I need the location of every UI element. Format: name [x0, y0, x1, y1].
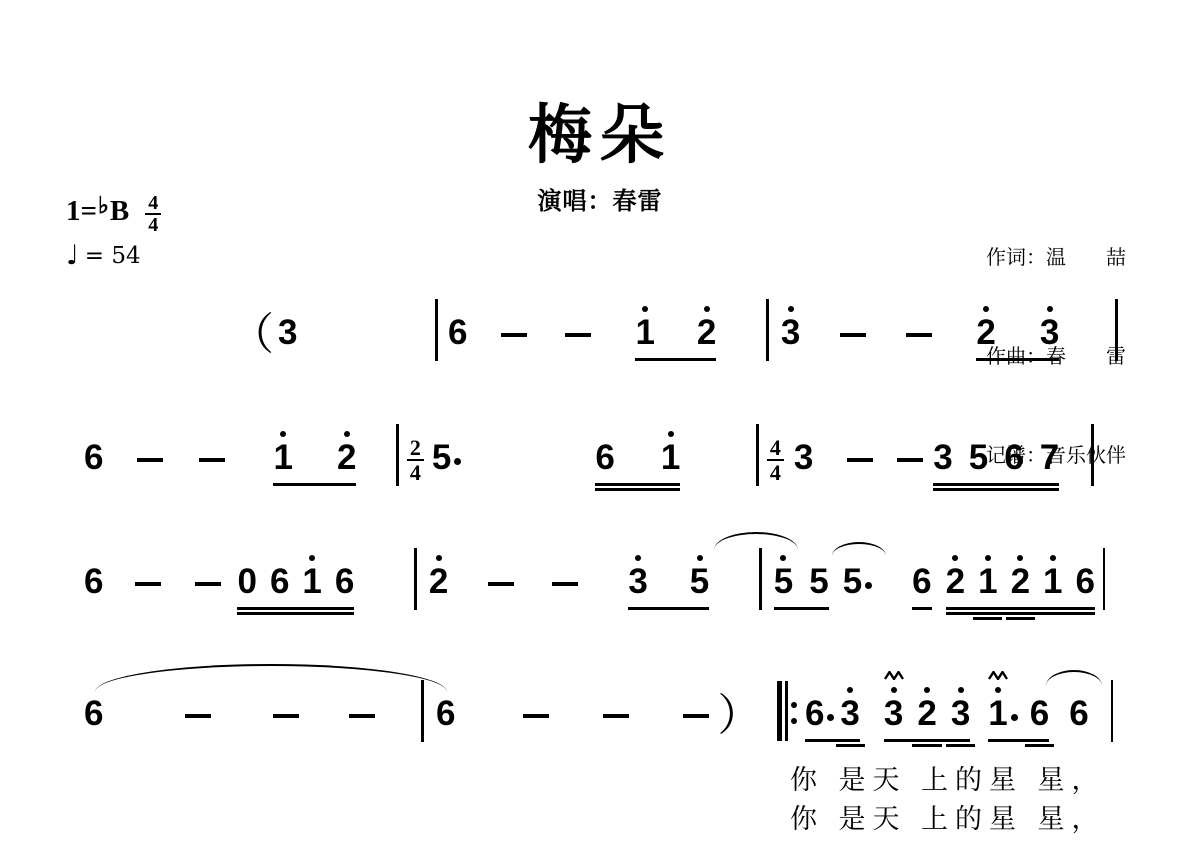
- beam-line: [946, 612, 1095, 615]
- note-digit-wrap: 6: [1076, 562, 1095, 602]
- duration-dash-line: [565, 333, 591, 337]
- duration-dash-line: [552, 582, 578, 586]
- duration-dash: [840, 313, 866, 353]
- octave-dot-icon: [668, 431, 674, 437]
- beam-line: [988, 739, 1049, 742]
- repeat-dot: [791, 702, 797, 708]
- jianpu-note: 6: [1030, 694, 1049, 734]
- note-digit-wrap: 2: [337, 438, 356, 478]
- duration-dash: [906, 313, 932, 353]
- score-line: （3612323: [0, 283, 1200, 353]
- octave-dot-icon: [1050, 555, 1056, 561]
- duration-dash-line: [501, 333, 527, 337]
- note-digit-wrap: 6: [335, 562, 354, 602]
- note-digit-wrap: 1: [635, 313, 654, 353]
- note-digit-wrap: 5: [432, 438, 451, 478]
- note-digit: 6: [270, 562, 289, 602]
- octave-dot-icon: [280, 431, 286, 437]
- duration-dash: [501, 313, 527, 353]
- duration-dash-line: [847, 458, 873, 462]
- extra-beam-line: [946, 744, 975, 747]
- beam-group: 3567: [933, 438, 1059, 478]
- duration-dash: [349, 694, 375, 734]
- note-digit-wrap: 6: [84, 694, 103, 734]
- jianpu-note: 6: [1069, 694, 1088, 734]
- beam-group: 55: [774, 562, 829, 602]
- beam-group: 12: [635, 313, 716, 353]
- beam-line: [774, 607, 829, 610]
- note-digit-wrap: 7: [1040, 438, 1059, 478]
- note-digit: 6: [805, 694, 824, 734]
- tie-slur-arc: [95, 664, 447, 692]
- jianpu-note: 2: [976, 313, 995, 353]
- note-digit-wrap: 6: [1030, 694, 1049, 734]
- ts-denominator: 4: [767, 459, 784, 484]
- lyric-line-2: 你 是天 上的星 星，: [790, 797, 1106, 836]
- phrase-paren: ）: [717, 694, 761, 738]
- note-digit: 2: [917, 694, 936, 734]
- duration-dash: [847, 438, 873, 478]
- barline: [396, 424, 399, 486]
- note-digit-wrap: 5: [969, 438, 988, 478]
- jianpu-note: 0: [237, 562, 256, 602]
- note-digit-wrap: 6: [436, 694, 455, 734]
- barline: [435, 299, 438, 361]
- jianpu-note: 2: [337, 438, 356, 478]
- beam-line: [237, 612, 354, 615]
- beam-line: [635, 358, 716, 361]
- note-digit: 2: [976, 313, 995, 353]
- jianpu-note: 1: [635, 313, 654, 353]
- duration-dash: [488, 562, 514, 602]
- jianpu-note: 6: [436, 694, 455, 734]
- jianpu-note: 3: [840, 694, 859, 734]
- note-digit: 6: [84, 438, 103, 478]
- extra-beam-line: [836, 744, 865, 747]
- jianpu-note: 6: [84, 562, 103, 602]
- duration-dash-line: [906, 333, 932, 337]
- jianpu-note: 1: [988, 694, 1019, 734]
- beam-group: 0616: [237, 562, 354, 602]
- octave-dot-icon: [891, 687, 897, 693]
- extra-beam-line: [1006, 617, 1035, 620]
- duration-dash: [897, 438, 923, 478]
- note-digit-wrap: 6: [1004, 438, 1023, 478]
- duration-dash-line: [683, 714, 709, 718]
- note-digit: 0: [237, 562, 256, 602]
- mordent-icon: [884, 671, 904, 680]
- jianpu-note: 3: [951, 694, 970, 734]
- octave-dot-icon: [1047, 306, 1053, 312]
- duration-dash-line: [185, 714, 211, 718]
- beam-group: 61: [595, 438, 680, 478]
- octave-dot-icon: [958, 687, 964, 693]
- repeat-dots: [791, 685, 797, 741]
- augmentation-dot-icon: [824, 694, 836, 734]
- note-digit: 6: [1030, 694, 1049, 734]
- jianpu-note: 1: [302, 562, 321, 602]
- note-digit: 6: [1069, 694, 1088, 734]
- barline: [756, 424, 759, 486]
- duration-dash: [552, 562, 578, 602]
- duration-dash: [185, 694, 211, 734]
- beam-line: [595, 488, 680, 491]
- note-digit: 1: [302, 562, 321, 602]
- note-digit: 3: [628, 562, 647, 602]
- note-digit-wrap: 3: [781, 313, 800, 353]
- jianpu-note: 5: [690, 562, 709, 602]
- note-digit: 2: [946, 562, 965, 602]
- beam-line: [805, 739, 860, 742]
- octave-dot-icon: [704, 306, 710, 312]
- note-digit: 5: [969, 438, 988, 478]
- score-line: 60616235555621216: [0, 532, 1200, 602]
- beam-line: [933, 488, 1059, 491]
- jianpu-note: 3: [1040, 313, 1059, 353]
- note-digit-wrap: 6: [595, 438, 614, 478]
- jianpu-note: 5: [432, 438, 463, 478]
- duration-dash-line: [897, 458, 923, 462]
- note-digit: 7: [1040, 438, 1059, 478]
- note-digit-wrap: 3: [1040, 313, 1059, 353]
- note-digit: 3: [933, 438, 952, 478]
- augmentation-dot-icon: [862, 562, 874, 602]
- octave-dot-icon: [995, 687, 1001, 693]
- jianpu-note: 5: [969, 438, 988, 478]
- note-digit-wrap: 3: [628, 562, 647, 602]
- octave-dot-icon: [1017, 555, 1023, 561]
- note-digit: 3: [794, 438, 813, 478]
- note-digit-wrap: 3: [794, 438, 813, 478]
- jianpu-note: 6: [84, 694, 103, 734]
- note-digit-wrap: 2: [917, 694, 936, 734]
- octave-dot-icon: [780, 555, 786, 561]
- duration-dash: [135, 562, 161, 602]
- duration-dash: [195, 562, 221, 602]
- note-digit-wrap: 3: [278, 313, 297, 353]
- beam-line: [237, 607, 354, 610]
- duration-dash-line: [840, 333, 866, 337]
- jianpu-note: 5: [843, 562, 874, 602]
- note-digit: 3: [884, 694, 903, 734]
- note-digit: 3: [1040, 313, 1059, 353]
- note-digit-wrap: 6: [84, 562, 103, 602]
- duration-dash: [273, 694, 299, 734]
- jianpu-note: 2: [946, 562, 965, 602]
- jianpu-note: 3: [794, 438, 813, 478]
- score: （361232361224561443356760616235555621216…: [0, 0, 1200, 850]
- mordent-icon: [988, 671, 1008, 680]
- barline: [766, 299, 769, 361]
- note-digit-wrap: 2: [976, 313, 995, 353]
- jianpu-note: 3: [278, 313, 297, 353]
- beam-group: 21216: [946, 562, 1095, 602]
- jianpu-note: 6: [1076, 562, 1095, 602]
- barline: [414, 548, 417, 610]
- note-digit-wrap: 5: [843, 562, 862, 602]
- lyric-line-1: 你 是天 上的星 星，: [790, 758, 1106, 797]
- duration-dash: [137, 438, 163, 478]
- duration-dash-line: [523, 714, 549, 718]
- barline: [1091, 424, 1094, 486]
- octave-dot-icon: [788, 306, 794, 312]
- barline: [1111, 680, 1114, 742]
- jianpu-note: 5: [809, 562, 828, 602]
- note-digit-wrap: 1: [978, 562, 997, 602]
- duration-dash: [199, 438, 225, 478]
- jianpu-note: 2: [1011, 562, 1030, 602]
- jianpu-note: 2: [917, 694, 936, 734]
- jianpu-note: 7: [1040, 438, 1059, 478]
- note-digit-wrap: 6: [270, 562, 289, 602]
- time-signature: 24: [407, 437, 424, 484]
- jianpu-note: 3: [933, 438, 952, 478]
- note-digit-wrap: 2: [429, 562, 448, 602]
- octave-dot-icon: [983, 306, 989, 312]
- note-digit-wrap: 6: [84, 438, 103, 478]
- note-digit: 6: [912, 562, 931, 602]
- jianpu-note: 6: [84, 438, 103, 478]
- beam-group: 23: [976, 313, 1059, 353]
- jianpu-note: 6: [335, 562, 354, 602]
- note-digit: 1: [273, 438, 292, 478]
- octave-dot-icon: [309, 555, 315, 561]
- note-digit: 5: [690, 562, 709, 602]
- beam-line: [976, 358, 1059, 361]
- note-digit-wrap: 6: [1069, 694, 1088, 734]
- beam-line: [273, 483, 356, 486]
- repeat-thick-bar: [777, 681, 782, 741]
- duration-dash: [683, 694, 709, 734]
- jianpu-note: 1: [661, 438, 680, 478]
- score-line: 66）63323166: [0, 664, 1200, 734]
- jianpu-note: 6: [1004, 438, 1023, 478]
- octave-dot-icon: [952, 555, 958, 561]
- beam-line: [933, 483, 1059, 486]
- octave-dot-icon: [697, 555, 703, 561]
- beam-group: 12: [273, 438, 356, 478]
- duration-dash: [565, 313, 591, 353]
- note-digit: 6: [84, 694, 103, 734]
- octave-dot-icon: [924, 687, 930, 693]
- beam-line: [946, 607, 1095, 610]
- note-digit: 3: [951, 694, 970, 734]
- jianpu-note: 2: [429, 562, 448, 602]
- beam-line: [595, 483, 680, 486]
- octave-dot-icon: [847, 687, 853, 693]
- note-digit-wrap: 1: [302, 562, 321, 602]
- ts-numerator: 4: [767, 437, 784, 459]
- note-digit-wrap: 5: [690, 562, 709, 602]
- repeat-thin-bar: [785, 681, 788, 741]
- augmentation-dot-icon: [1008, 694, 1020, 734]
- note-digit-wrap: 3: [884, 694, 903, 734]
- extra-beam-line: [1025, 744, 1054, 747]
- jianpu-note: 3: [884, 694, 903, 734]
- score-line: 612245614433567: [0, 408, 1200, 478]
- note-digit: 2: [1011, 562, 1030, 602]
- note-digit: 6: [1076, 562, 1095, 602]
- octave-dot-icon: [344, 431, 350, 437]
- note-digit: 1: [661, 438, 680, 478]
- note-digit: 5: [774, 562, 793, 602]
- jianpu-note: 6: [912, 562, 931, 602]
- extra-beam-line: [973, 617, 1002, 620]
- duration-dash-line: [349, 714, 375, 718]
- note-digit: 1: [978, 562, 997, 602]
- jianpu-note: 6: [805, 694, 836, 734]
- jianpu-note: 3: [628, 562, 647, 602]
- note-digit: 2: [429, 562, 448, 602]
- note-digit: 5: [843, 562, 862, 602]
- repeat-start-sign: [777, 681, 797, 741]
- note-digit: 1: [988, 694, 1007, 734]
- note-digit: 5: [432, 438, 451, 478]
- octave-dot-icon: [642, 306, 648, 312]
- extra-beam-line: [912, 744, 941, 747]
- note-digit-wrap: 0: [237, 562, 256, 602]
- jianpu-note: 5: [774, 562, 793, 602]
- note-digit-wrap: 1: [273, 438, 292, 478]
- note-digit-wrap: 1: [1043, 562, 1062, 602]
- note-digit-wrap: 2: [946, 562, 965, 602]
- barline: [421, 680, 424, 742]
- duration-dash-line: [488, 582, 514, 586]
- jianpu-note: 6: [270, 562, 289, 602]
- note-digit: 2: [337, 438, 356, 478]
- note-digit: 3: [840, 694, 859, 734]
- duration-dash-line: [195, 582, 221, 586]
- note-digit-wrap: 1: [661, 438, 680, 478]
- augmentation-dot-icon: [451, 438, 463, 478]
- duration-dash-line: [273, 714, 299, 718]
- note-digit: 6: [1004, 438, 1023, 478]
- note-digit: 6: [448, 313, 467, 353]
- octave-dot-icon: [436, 555, 442, 561]
- note-digit: 5: [809, 562, 828, 602]
- note-digit: 1: [1043, 562, 1062, 602]
- note-digit-wrap: 3: [933, 438, 952, 478]
- beam-group: 6: [912, 562, 931, 602]
- note-digit-wrap: 6: [912, 562, 931, 602]
- duration-dash: [523, 694, 549, 734]
- note-digit: 1: [635, 313, 654, 353]
- jianpu-note: 6: [595, 438, 614, 478]
- barline: [759, 548, 762, 610]
- duration-dash-line: [137, 458, 163, 462]
- duration-dash-line: [135, 582, 161, 586]
- duration-dash-line: [199, 458, 225, 462]
- note-digit-wrap: 6: [805, 694, 824, 734]
- repeat-dot: [791, 718, 797, 724]
- note-digit-wrap: 5: [809, 562, 828, 602]
- phrase-paren: （: [230, 313, 274, 357]
- time-signature: 44: [767, 437, 784, 484]
- note-digit: 3: [781, 313, 800, 353]
- duration-dash-line: [603, 714, 629, 718]
- octave-dot-icon: [635, 555, 641, 561]
- duration-dash: [603, 694, 629, 734]
- jianpu-note: 1: [978, 562, 997, 602]
- jianpu-note: 1: [273, 438, 292, 478]
- note-digit: 2: [697, 313, 716, 353]
- note-digit-wrap: 3: [951, 694, 970, 734]
- beam-line: [884, 739, 970, 742]
- note-digit-wrap: 2: [697, 313, 716, 353]
- note-digit-wrap: 3: [840, 694, 859, 734]
- jianpu-note: 3: [781, 313, 800, 353]
- barline: [1103, 548, 1106, 610]
- note-digit: 3: [278, 313, 297, 353]
- octave-dot-icon: [985, 555, 991, 561]
- beam-group: 35: [628, 562, 709, 602]
- barline: [1115, 299, 1118, 361]
- beam-group: 16: [988, 694, 1049, 734]
- note-digit: 6: [335, 562, 354, 602]
- beam-line: [912, 607, 931, 610]
- ts-numerator: 2: [407, 437, 424, 459]
- note-digit-wrap: 2: [1011, 562, 1030, 602]
- ts-denominator: 4: [407, 459, 424, 484]
- tie-slur-arc: [1046, 670, 1102, 686]
- note-digit: 6: [84, 562, 103, 602]
- note-digit-wrap: 6: [448, 313, 467, 353]
- beam-group: 63: [805, 694, 860, 734]
- beam-line: [628, 607, 709, 610]
- beam-group: 323: [884, 694, 970, 734]
- note-digit: 6: [436, 694, 455, 734]
- note-digit-wrap: 5: [774, 562, 793, 602]
- tie-slur-arc: [832, 542, 886, 556]
- note-digit-wrap: 1: [988, 694, 1007, 734]
- tie-slur-arc: [714, 532, 798, 550]
- jianpu-note: 2: [697, 313, 716, 353]
- note-digit: 6: [595, 438, 614, 478]
- jianpu-note: 1: [1043, 562, 1062, 602]
- jianpu-note: 6: [448, 313, 467, 353]
